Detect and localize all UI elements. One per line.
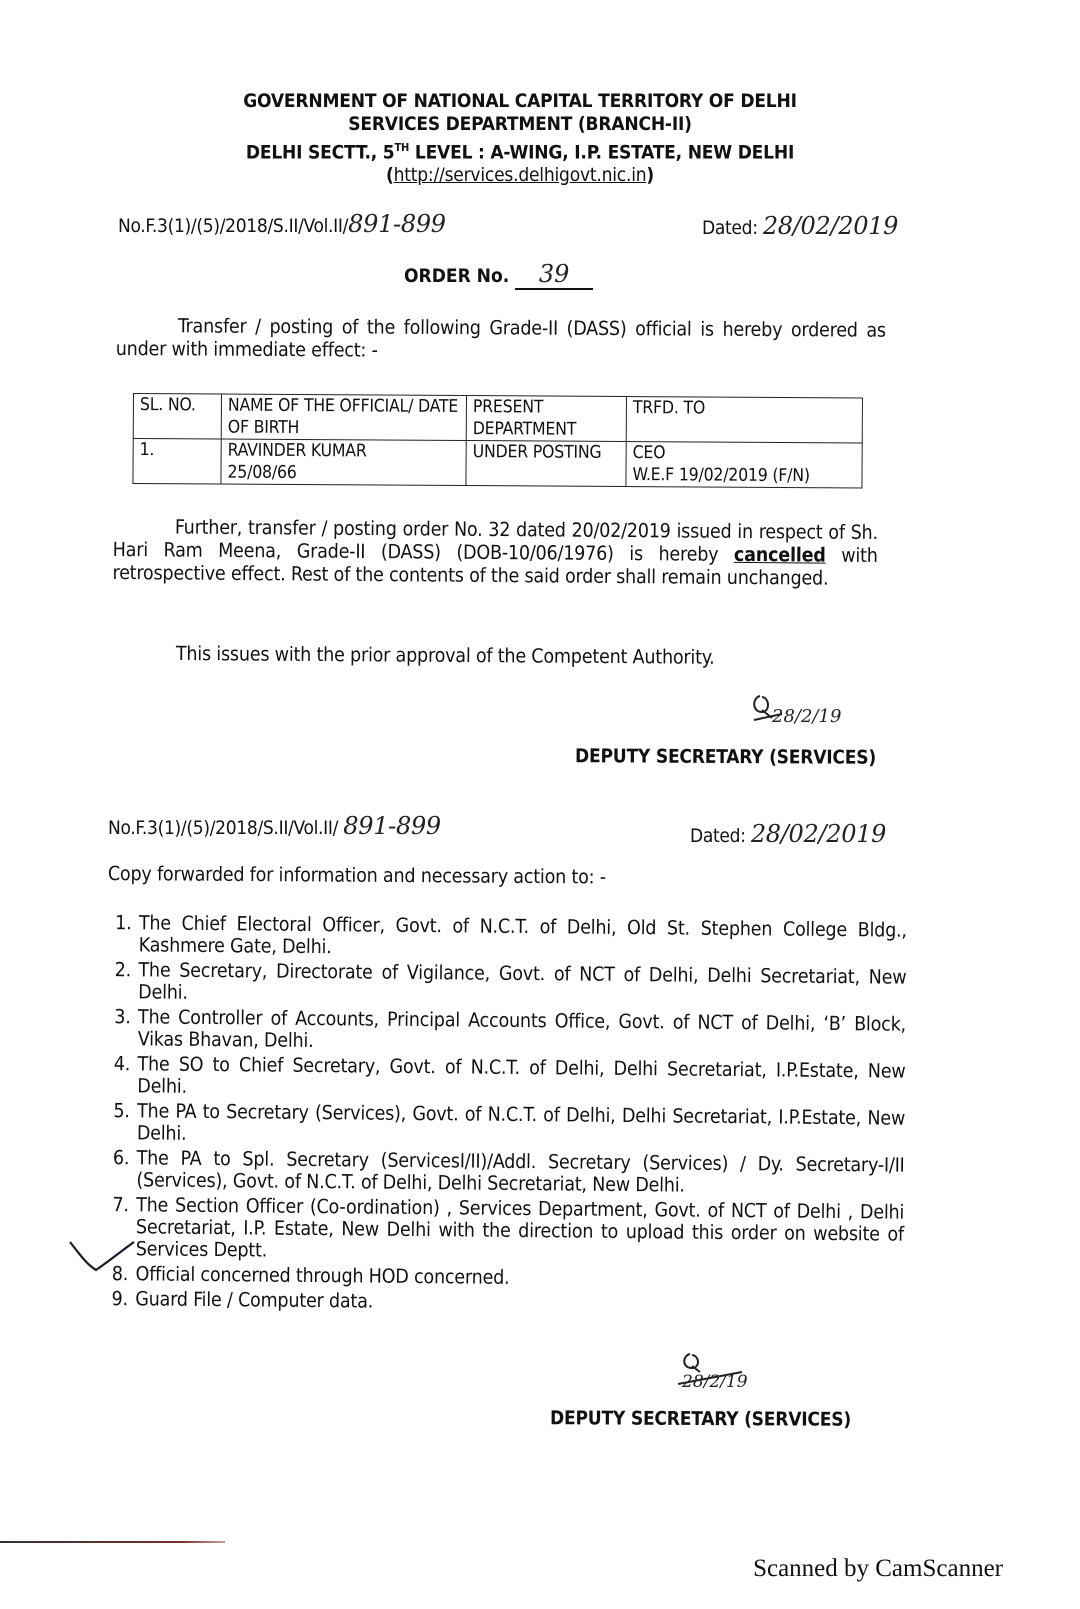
copy-file-number: No.F.3(1)/(5)/2018/S.II/Vol.II/ 891-899: [108, 812, 441, 840]
list-item: The Chief Electoral Officer, Govt. of N.…: [137, 912, 907, 963]
copy-date: Dated: 28/02/2019: [690, 820, 886, 848]
signatory-title-1: DEPUTY SECRETARY (SERVICES): [575, 745, 876, 769]
signatory-title-2: DEPUTY SECRETARY (SERVICES): [550, 1407, 851, 1431]
list-item: The SO to Chief Secretary, Govt. of N.C.…: [135, 1053, 905, 1104]
list-item: Guard File / Computer data.: [133, 1288, 903, 1317]
approval-statement: This issues with the prior approval of t…: [176, 642, 715, 669]
checkmark-icon: [68, 1238, 138, 1274]
handwritten-date: 28/02/2019: [763, 212, 898, 240]
intro-paragraph: Transfer / posting of the following Grad…: [116, 314, 886, 365]
letterhead: GOVERNMENT OF NATIONAL CAPITAL TERRITORY…: [150, 90, 890, 187]
copy-forward-intro: Copy forwarded for information and neces…: [108, 862, 606, 888]
letterhead-website: (http://services.delhigovt.nic.in): [150, 164, 890, 187]
col-sl-no: SL. NO.: [133, 394, 221, 440]
signature-2: 28/2/19: [672, 1350, 772, 1404]
transfer-table: SL. NO. NAME OF THE OFFICIAL/ DATE OF BI…: [132, 393, 863, 488]
camscanner-watermark: Scanned by CamScanner: [753, 1555, 1003, 1583]
signature-1: 28/2/19: [748, 688, 848, 742]
scan-artifact-line: [0, 1541, 225, 1543]
list-item: The PA to Secretary (Services), Govt. of…: [135, 1100, 905, 1151]
order-date: Dated: 28/02/2019: [702, 212, 898, 240]
cancellation-paragraph: Further, transfer / posting order No. 32…: [112, 515, 878, 590]
col-present-dept: PRESENT DEPARTMENT: [466, 396, 626, 442]
letterhead-department: SERVICES DEPARTMENT (BRANCH-II): [150, 113, 890, 136]
list-item: The PA to Spl. Secretary (ServicesI/II)/…: [134, 1147, 904, 1198]
file-number: No.F.3(1)/(5)/2018/S.II/Vol.II/891-899: [118, 210, 446, 238]
col-trfd-to: TRFD. TO: [626, 397, 862, 443]
signature-1-date: 28/2/19: [772, 706, 841, 727]
table-row: 1. RAVINDER KUMAR25/08/66 UNDER POSTING …: [133, 439, 862, 488]
scanned-document-page: GOVERNMENT OF NATIONAL CAPITAL TERRITORY…: [0, 0, 1080, 1609]
order-number: ORDER No. 39: [404, 260, 593, 290]
handwritten-copy-file-range: 891-899: [343, 812, 441, 840]
signature-2-date: 28/2/19: [682, 1372, 748, 1392]
cell-trfd-to: CEOW.E.F 19/02/2019 (F/N): [626, 442, 862, 488]
cell-present-dept: UNDER POSTING: [466, 441, 626, 487]
letterhead-address: DELHI SECTT., 5TH LEVEL : A-WING, I.P. E…: [150, 136, 890, 164]
cell-name-dob: RAVINDER KUMAR25/08/66: [221, 439, 466, 485]
table-header-row: SL. NO. NAME OF THE OFFICIAL/ DATE OF BI…: [133, 394, 862, 443]
handwritten-order-no: 39: [515, 260, 593, 290]
handwritten-copy-date: 28/02/2019: [751, 820, 886, 848]
list-item: The Secretary, Directorate of Vigilance,…: [136, 959, 906, 1010]
website-link[interactable]: http://services.delhigovt.nic.in: [394, 164, 647, 186]
cancelled-emphasis: cancelled: [734, 543, 826, 567]
list-item: The Controller of Accounts, Principal Ac…: [136, 1006, 906, 1057]
handwritten-file-range: 891-899: [348, 210, 446, 238]
col-name-dob: NAME OF THE OFFICIAL/ DATE OF BIRTH: [221, 394, 466, 440]
cell-sl-no: 1.: [133, 439, 221, 485]
list-item: The Section Officer (Co-ordination) , Se…: [134, 1194, 905, 1267]
recipient-list: The Chief Electoral Officer, Govt. of N.…: [101, 912, 907, 1321]
letterhead-government: GOVERNMENT OF NATIONAL CAPITAL TERRITORY…: [150, 90, 890, 113]
